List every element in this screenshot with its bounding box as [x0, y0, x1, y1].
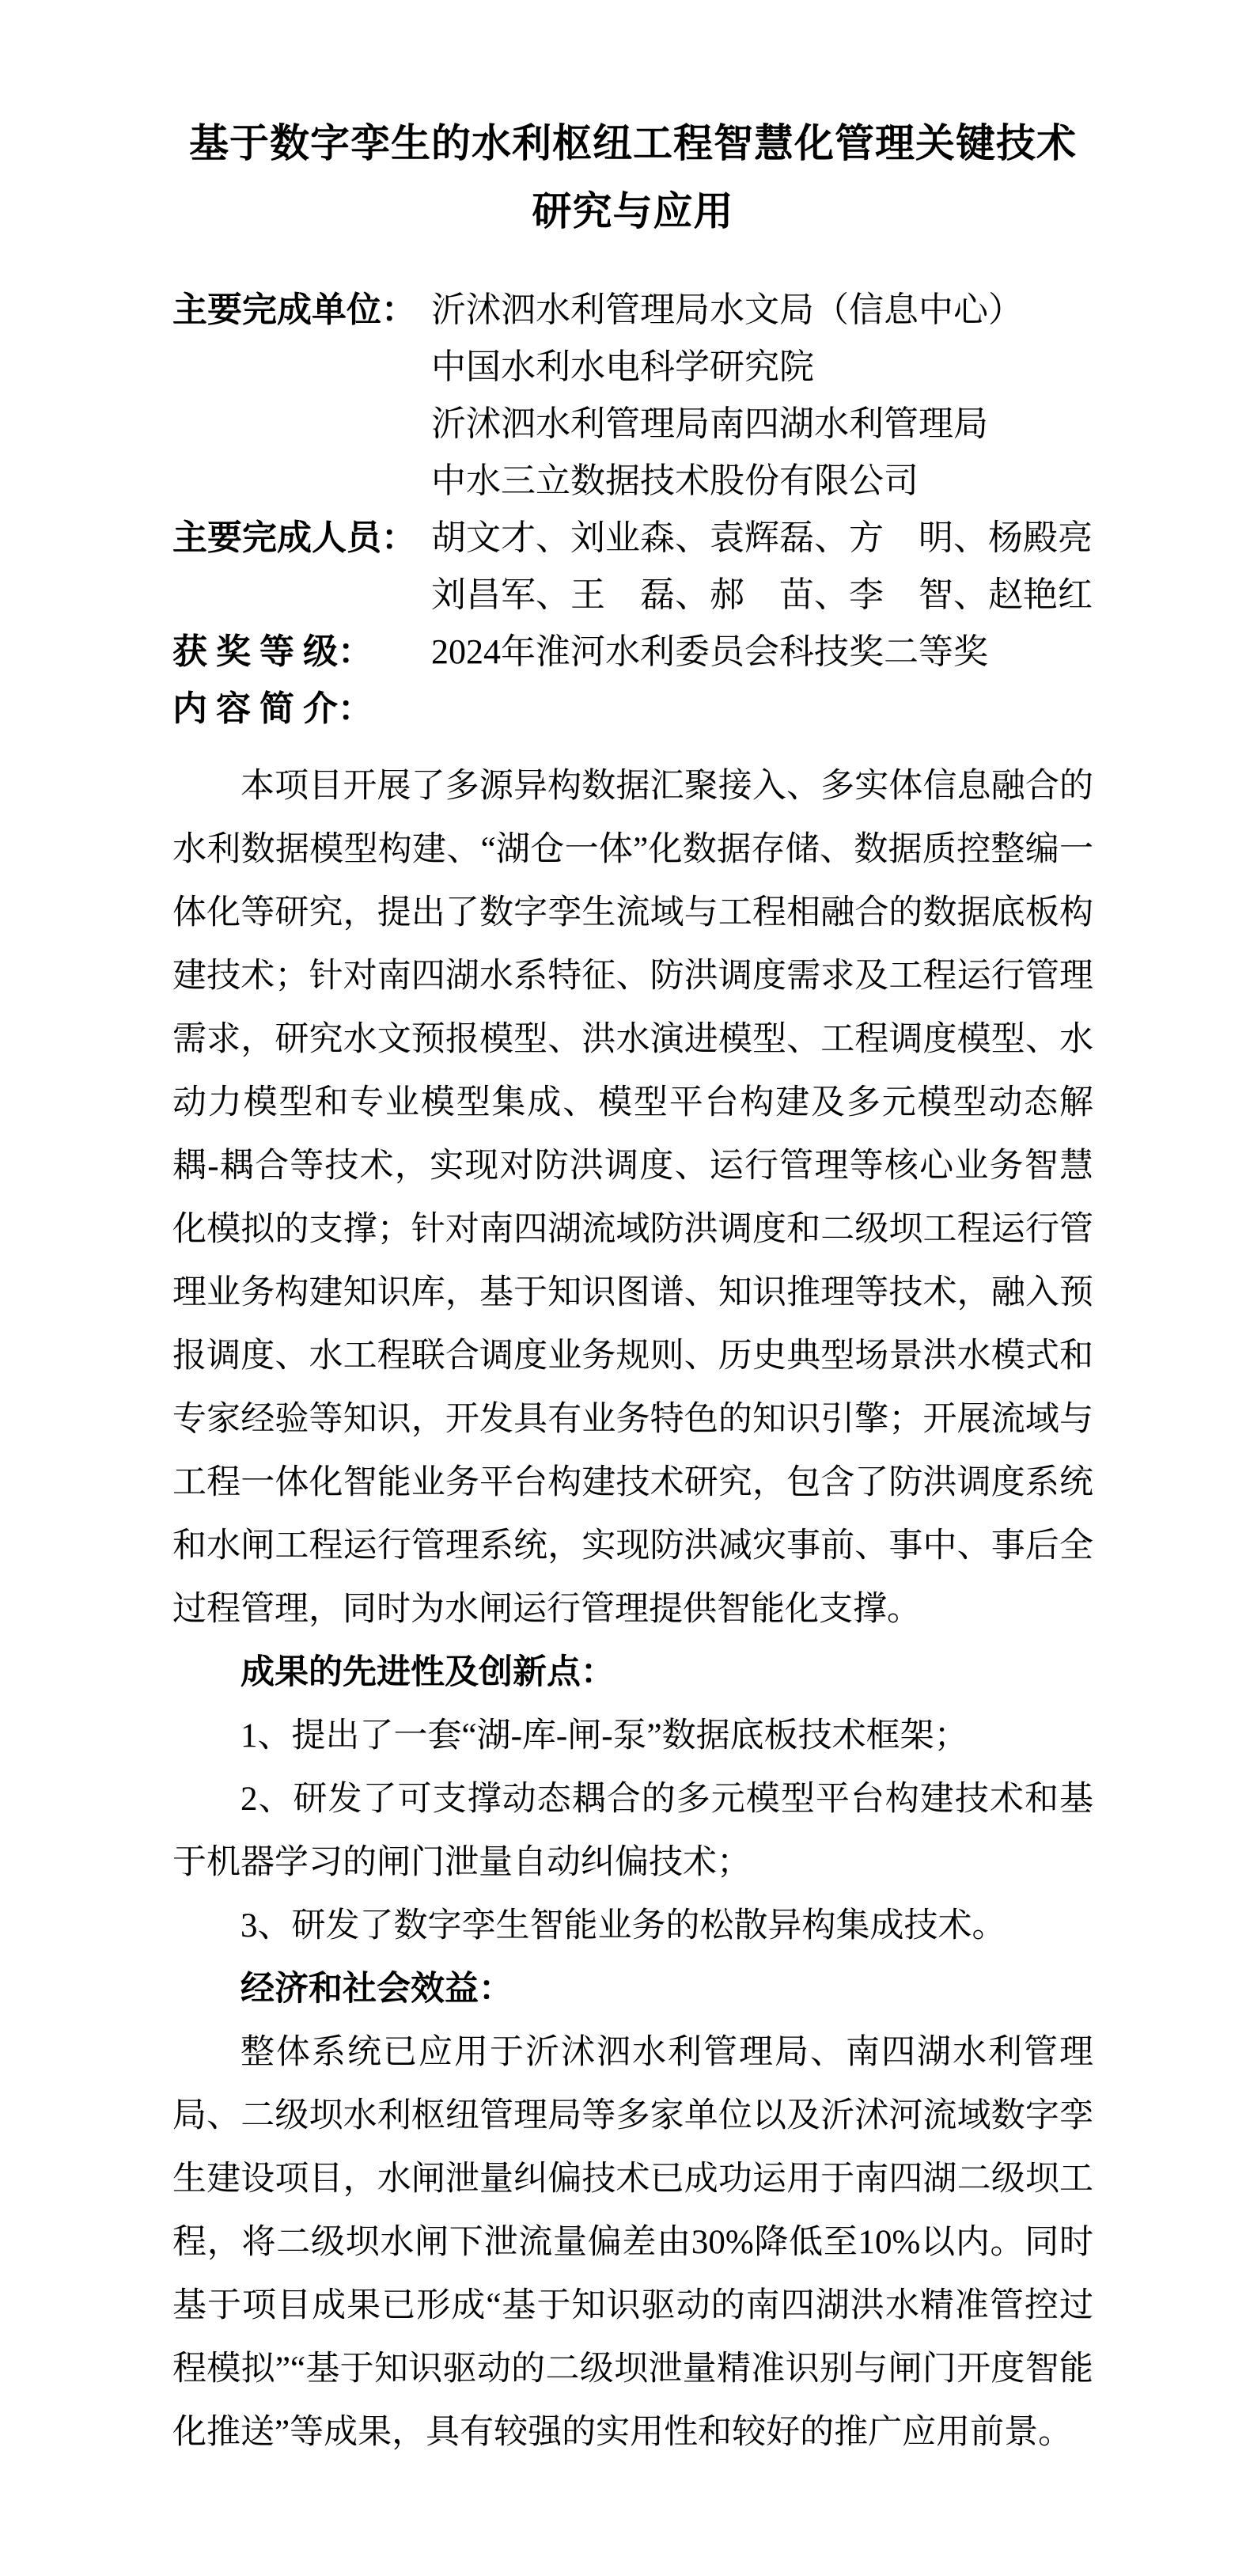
field-label-intro: 内 容 简 介：	[172, 681, 431, 738]
unit-item: 中水三立数据技术股份有限公司	[431, 453, 1093, 510]
personnel-line: 胡文才、刘业森、袁辉磊、方 明、杨殿亮	[431, 510, 1093, 567]
heading-innovations: 成果的先进性及创新点：	[172, 1641, 1093, 1705]
title-line-2: 研究与应用	[172, 177, 1093, 245]
field-values-main-units: 沂沭泗水利管理局水文局（信息中心） 中国水利水电科学研究院 沂沭泗水利管理局南四…	[431, 282, 1093, 510]
innovation-item-1: 1、提出了一套“湖-库-闸-泵”数据底板技术框架；	[172, 1705, 1093, 1768]
title-line-1: 基于数字孪生的水利枢纽工程智慧化管理关键技术	[172, 109, 1093, 177]
field-label-main-units: 主要完成单位：	[172, 282, 431, 339]
paragraph-benefits: 整体系统已应用于沂沭泗水利管理局、南四湖水利管理局、二级坝水利枢纽管理局等多家单…	[172, 2021, 1093, 2464]
field-label-award-level: 获 奖 等 级：	[172, 624, 431, 681]
field-label-main-personnel: 主要完成人员：	[172, 510, 431, 567]
document-page: 基于数字孪生的水利枢纽工程智慧化管理关键技术 研究与应用 主要完成单位： 沂沭泗…	[0, 0, 1250, 2576]
paragraph-project-overview: 本项目开展了多源异构数据汇聚接入、多实体信息融合的水利数据模型构建、“湖仓一体”…	[172, 755, 1093, 1641]
heading-benefits: 经济和社会效益：	[172, 1958, 1093, 2021]
document-title: 基于数字孪生的水利枢纽工程智慧化管理关键技术 研究与应用	[172, 109, 1093, 245]
field-row-award-level: 获 奖 等 级： 2024年淮河水利委员会科技奖二等奖	[172, 624, 1093, 681]
unit-item: 沂沭泗水利管理局水文局（信息中心）	[431, 282, 1093, 339]
field-row-intro-label: 内 容 简 介：	[172, 681, 1093, 738]
personnel-line: 刘昌军、王 磊、郝 苗、李 智、赵艳红	[431, 567, 1093, 624]
document-body: 本项目开展了多源异构数据汇聚接入、多实体信息融合的水利数据模型构建、“湖仓一体”…	[172, 755, 1093, 2464]
field-values-main-personnel: 胡文才、刘业森、袁辉磊、方 明、杨殿亮 刘昌军、王 磊、郝 苗、李 智、赵艳红	[431, 510, 1093, 624]
field-row-main-personnel: 主要完成人员： 胡文才、刘业森、袁辉磊、方 明、杨殿亮 刘昌军、王 磊、郝 苗、…	[172, 510, 1093, 624]
innovation-item-3: 3、研发了数字孪生智能业务的松散异构集成技术。	[172, 1895, 1093, 1958]
unit-item: 沂沭泗水利管理局南四湖水利管理局	[431, 396, 1093, 453]
field-row-main-units: 主要完成单位： 沂沭泗水利管理局水文局（信息中心） 中国水利水电科学研究院 沂沭…	[172, 282, 1093, 510]
field-values-award-level: 2024年淮河水利委员会科技奖二等奖	[431, 624, 1093, 681]
innovation-item-2: 2、研发了可支撑动态耦合的多元模型平台构建技术和基于机器学习的闸门泄量自动纠偏技…	[172, 1768, 1093, 1895]
award-level-value: 2024年淮河水利委员会科技奖二等奖	[431, 624, 1093, 681]
metadata-fields: 主要完成单位： 沂沭泗水利管理局水文局（信息中心） 中国水利水电科学研究院 沂沭…	[172, 282, 1093, 738]
unit-item: 中国水利水电科学研究院	[431, 339, 1093, 396]
